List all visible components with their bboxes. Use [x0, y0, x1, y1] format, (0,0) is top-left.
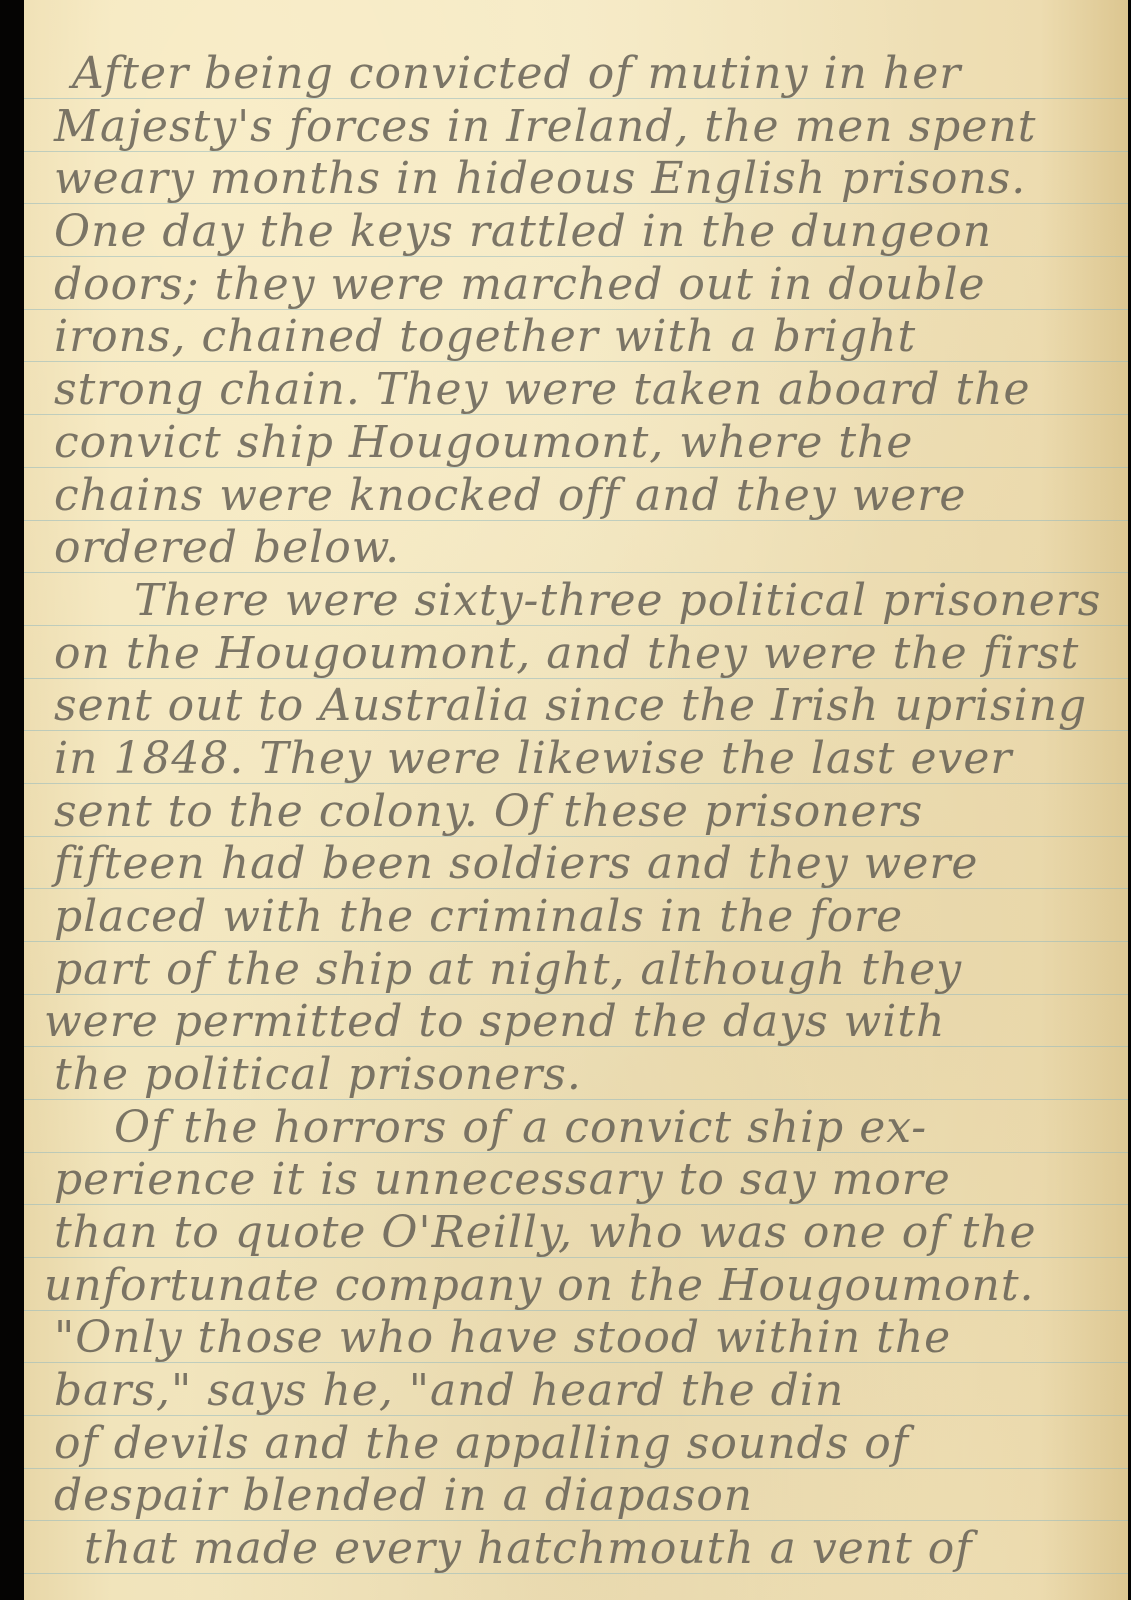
- handwritten-line: sent out to Australia since the Irish up…: [54, 680, 1087, 731]
- handwritten-line: unfortunate company on the Hougoumont.: [44, 1260, 1035, 1311]
- handwritten-line: doors; they were marched out in double: [54, 259, 986, 310]
- handwritten-line: perience it is unnecessary to say more: [54, 1154, 951, 1205]
- handwritten-line: sent to the colony. Of these prisoners: [54, 786, 923, 837]
- handwritten-line: the political prisoners.: [54, 1049, 582, 1100]
- handwritten-line: placed with the criminals in the fore: [54, 891, 903, 942]
- handwritten-line: There were sixty-three political prisone…: [134, 575, 1101, 626]
- handwritten-line: "Only those who have stood within the: [54, 1312, 951, 1363]
- handwritten-line: One day the keys rattled in the dungeon: [54, 206, 992, 257]
- handwritten-line: weary months in hideous English prisons.: [54, 153, 1026, 204]
- handwritten-line: part of the ship at night, although they: [54, 944, 962, 995]
- handwritten-line: Majesty's forces in Ireland, the men spe…: [54, 101, 1036, 152]
- handwritten-line: Of the horrors of a convict ship ex-: [114, 1102, 927, 1153]
- handwritten-line: chains were knocked off and they were: [54, 470, 966, 521]
- scanned-page: After being convicted of mutiny in her M…: [0, 0, 1131, 1600]
- handwritten-line: of devils and the appalling sounds of: [54, 1418, 909, 1469]
- handwritten-line: After being convicted of mutiny in her: [72, 48, 961, 99]
- lined-paper: After being convicted of mutiny in her M…: [24, 0, 1128, 1600]
- handwritten-line: strong chain. They were taken aboard the: [54, 364, 1031, 415]
- handwritten-line: were permitted to spend the days with: [44, 996, 945, 1047]
- handwritten-line: irons, chained together with a bright: [54, 311, 916, 362]
- handwritten-line: fifteen had been soldiers and they were: [54, 838, 978, 889]
- handwritten-line: convict ship Hougoumont, where the: [54, 417, 913, 468]
- handwritten-line: despair blended in a diapason: [54, 1470, 753, 1521]
- handwritten-line: bars," says he, "and heard the din: [54, 1365, 844, 1416]
- handwritten-line: ordered below.: [54, 522, 400, 573]
- handwritten-line: in 1848. They were likewise the last eve…: [54, 733, 1012, 784]
- handwritten-line: that made every hatchmouth a vent of: [84, 1523, 973, 1574]
- handwritten-line: on the Hougoumont, and they were the fir…: [54, 628, 1079, 679]
- handwritten-line: than to quote O'Reilly, who was one of t…: [54, 1207, 1037, 1258]
